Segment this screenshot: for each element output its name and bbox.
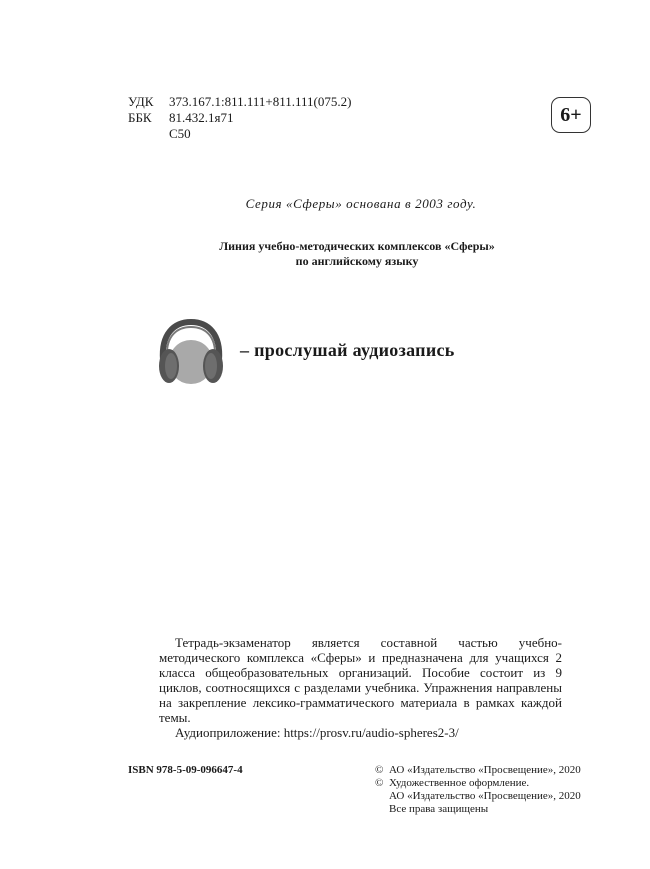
copyright-line-3: АО «Издательство «Просвещение», 2020 [389, 790, 581, 803]
copyright-icon: © [375, 777, 389, 790]
copyright-icon: © [375, 764, 389, 777]
description-block: Тетрадь-экзаменатор является составной ч… [159, 635, 562, 740]
line-title-2: по английскому языку [64, 254, 650, 269]
headphones-icon [154, 316, 228, 388]
audio-supplement-link[interactable]: Аудиоприложение: https://prosv.ru/audio-… [159, 725, 562, 740]
udk-row: УДК 373.167.1:811.111+811.111(075.2) [128, 94, 351, 110]
line-title: Линия учебно-методических комплексов «Сф… [0, 239, 650, 269]
copyright-line-1: АО «Издательство «Просвещение», 2020 [389, 764, 581, 777]
isbn: ISBN 978-5-09-096647-4 [128, 764, 243, 776]
author-code-row: С50 [128, 126, 351, 142]
author-code: С50 [169, 126, 191, 142]
line-title-1: Линия учебно-методических комплексов «Сф… [64, 239, 650, 254]
description-paragraph: Тетрадь-экзаменатор является составной ч… [159, 635, 562, 725]
copyright-line-2: Художественное оформление. [389, 777, 529, 790]
bbk-value: 81.432.1я71 [169, 110, 233, 126]
age-rating-text: 6+ [560, 104, 581, 127]
audio-legend-text: – прослушай аудиозапись [240, 340, 455, 361]
series-note: Серия «Сферы» основана в 2003 году. [0, 196, 650, 212]
bbk-row: ББК 81.432.1я71 [128, 110, 351, 126]
age-rating-badge: 6+ [551, 97, 591, 133]
copyright-block: © АО «Издательство «Просвещение», 2020 ©… [375, 764, 581, 816]
bbk-label: ББК [128, 110, 169, 126]
classification-block: УДК 373.167.1:811.111+811.111(075.2) ББК… [128, 94, 351, 142]
copyright-line-4: Все права защищены [389, 803, 488, 816]
udk-label: УДК [128, 94, 169, 110]
udk-value: 373.167.1:811.111+811.111(075.2) [169, 94, 351, 110]
